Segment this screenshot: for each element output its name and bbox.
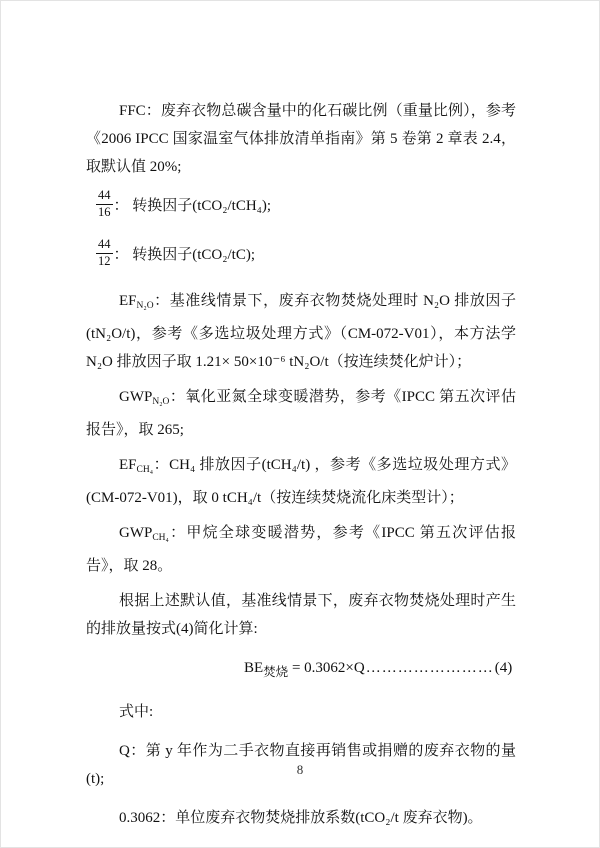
fraction-denominator: 12 <box>96 254 113 270</box>
page-number: 8 <box>1 762 599 778</box>
gwp-n2o-term-subscript: N₂O <box>152 397 169 407</box>
ef-n2o-term: EFN₂O <box>119 293 154 309</box>
conversion-factor-ch4-text: ： 转换因子(tCO₂/tCH₄); <box>114 194 272 215</box>
conversion-factor-c-line: 4412： 转换因子(tCO₂/tC); <box>86 237 516 269</box>
equation-number: (4) <box>495 660 513 676</box>
paragraph-coefficient-definition: 0.3062：单位废弃衣物焚烧排放系数(tCO₂/t 废弃衣物)。 <box>86 804 516 832</box>
gwp-ch4-term-base: GWP <box>119 525 152 541</box>
paragraph-ef-n2o: EFN₂O：基准线情景下，废弃衣物焚烧处理时 N₂O 排放因子(tN₂O/t)，… <box>86 287 516 376</box>
gwp-ch4-term: GWPCH₄ <box>119 525 169 541</box>
fraction-denominator: 16 <box>96 205 113 221</box>
paragraph-ef-ch4: EFCH₄：CH₄ 排放因子(tCH₄/t) ，参考《多选垃圾处理方式》(CM-… <box>86 451 516 512</box>
gwp-n2o-term-base: GWP <box>119 389 152 405</box>
paragraph-gwp-ch4: GWPCH₄：甲烷全球变暖潜势，参考《IPCC 第五次评估报告》，取 28。 <box>86 519 516 580</box>
ef-ch4-term: EFCH₄ <box>119 457 153 473</box>
fraction-44-12: 4412 <box>96 237 113 269</box>
ef-n2o-term-subscript: N₂O <box>137 301 154 311</box>
gwp-n2o-term: GWPN₂O <box>119 389 169 405</box>
equation-4: BE焚烧 = 0.3062×Q……………………(4) <box>86 654 516 686</box>
ef-n2o-term-base: EF <box>119 293 137 309</box>
paragraph-summary: 根据上述默认值，基准线情景下，废弃衣物焚烧处理时产生的排放量按式(4)简化计算: <box>86 587 516 643</box>
equation-expression: = 0.3062×Q <box>288 660 365 676</box>
paragraph-summary-text: 根据上述默认值，基准线情景下，废弃衣物焚烧处理时产生的排放量按式(4)简化计算: <box>86 593 516 637</box>
paragraph-gwp-n2o: GWPN₂O：氧化亚氮全球变暖潜势，参考《IPCC 第五次评估报告》，取 265… <box>86 383 516 444</box>
paragraph-ffc: FFC：废弃衣物总碳含量中的化石碳比例（重量比例），参考《2006 IPCC 国… <box>86 97 516 181</box>
conversion-factor-ch4-line: 4416： 转换因子(tCO₂/tCH₄); <box>86 188 516 220</box>
fraction-numerator: 44 <box>96 188 113 205</box>
equation-dot-leader: …………………… <box>366 660 494 676</box>
document-content: FFC：废弃衣物总碳含量中的化石碳比例（重量比例），参考《2006 IPCC 国… <box>86 97 516 832</box>
ef-ch4-term-base: EF <box>119 457 137 473</box>
conversion-factor-c-text: ： 转换因子(tCO₂/tC); <box>114 243 255 264</box>
paragraph-coefficient-definition-text: 0.3062：单位废弃衣物焚烧排放系数(tCO₂/t 废弃衣物)。 <box>119 810 483 826</box>
fraction-44-16: 4416 <box>96 188 113 220</box>
paragraph-where: 式中: <box>86 698 516 726</box>
document-page: FFC：废弃衣物总碳含量中的化石碳比例（重量比例），参考《2006 IPCC 国… <box>0 0 600 848</box>
ef-ch4-term-subscript: CH₄ <box>137 465 154 475</box>
paragraph-where-text: 式中: <box>119 704 153 720</box>
fraction-numerator: 44 <box>96 237 113 254</box>
equation-lhs-base: BE <box>244 660 263 676</box>
equation-lhs-subscript: 焚烧 <box>263 665 288 679</box>
paragraph-ffc-text: FFC：废弃衣物总碳含量中的化石碳比例（重量比例），参考《2006 IPCC 国… <box>86 103 516 175</box>
gwp-ch4-term-subscript: CH₄ <box>152 533 169 543</box>
